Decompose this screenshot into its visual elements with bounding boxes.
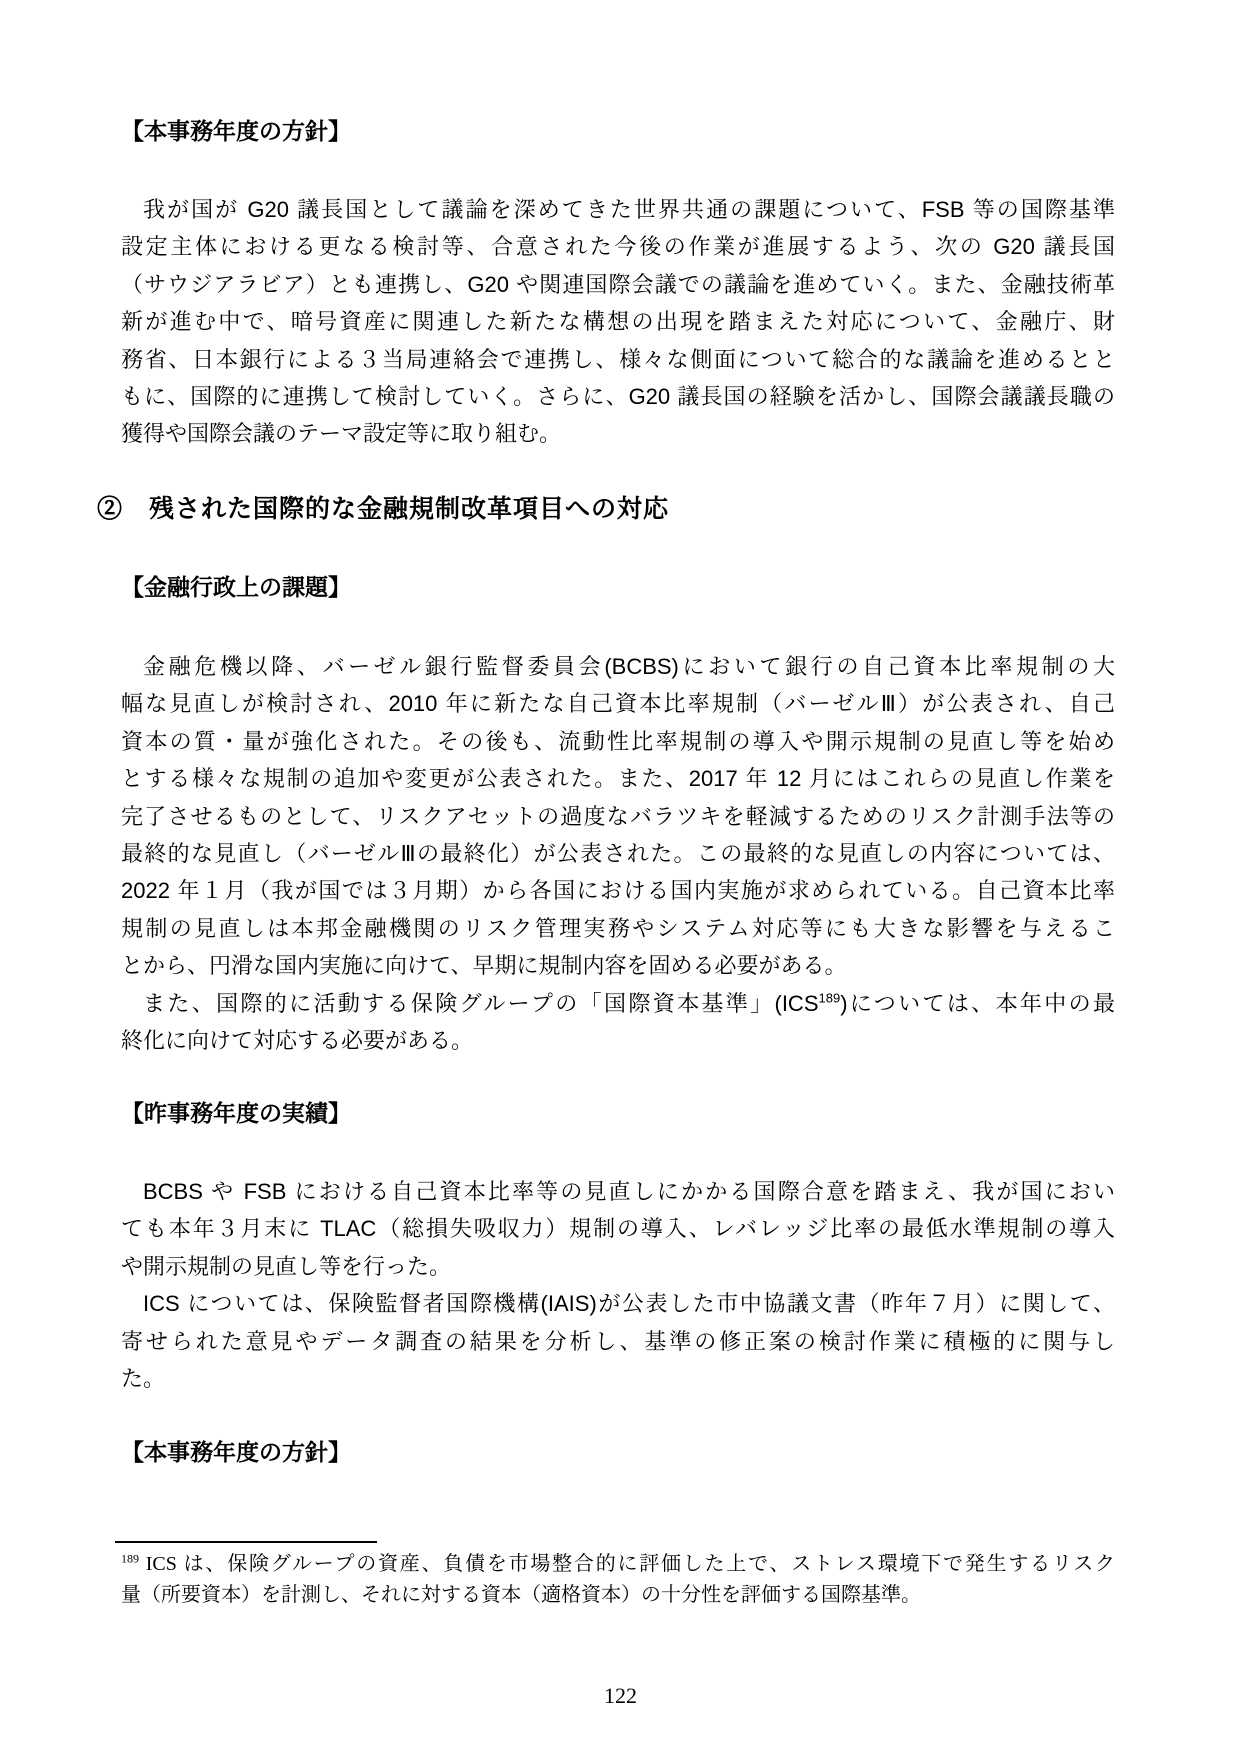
footnote-189: 189 ICS は、保険グループの資産、負債を市場整合的に評価した上で、ストレス…: [121, 1549, 1115, 1611]
text-line: 2022 年１月（我が国では３月期）から各国における国内実施が求められている。自…: [121, 872, 1115, 909]
document-content: 【本事務年度の方針】 我が国が G20 議長国として議論を深めてきた世界共通の課…: [121, 0, 1115, 1754]
text-line: とする様々な規制の追加や変更が公表された。また、2017 年 12 月にはこれら…: [121, 760, 1115, 797]
text-line: や開示規制の見直し等を行った。: [121, 1248, 1115, 1285]
text-line: ICS については、保険監督者国際機構(IAIS)が公表した市中協議文書（昨年７…: [121, 1285, 1115, 1322]
footnote-reference: 189: [819, 990, 841, 1005]
text-line: 規制の見直しは本邦金融機関のリスク管理実務やシステム対応等にも大きな影響を与える…: [121, 910, 1115, 947]
text-line: また、国際的に活動する保険グループの「国際資本基準」(ICS189)については、…: [121, 985, 1115, 1022]
paragraph-g20-policy: 我が国が G20 議長国として議論を深めてきた世界共通の課題について、FSB 等…: [121, 191, 1115, 453]
text-line: とから、円滑な国内実施に向けて、早期に規制内容を固める必要がある。: [121, 947, 1115, 984]
footnote-separator-rule: [115, 1541, 377, 1543]
heading-current-year-policy-top: 【本事務年度の方針】: [121, 116, 351, 146]
text-line: 寄せられた意見やデータ調査の結果を分析し、基準の修正案の検討作業に積極的に関与し: [121, 1323, 1115, 1360]
text-line: （サウジアラビア）とも連携し、G20 や関連国際会議での議論を進めていく。また、…: [121, 266, 1115, 303]
text-line: もに、国際的に連携して検討していく。さらに、G20 議長国の経験を活かし、国際会…: [121, 378, 1115, 415]
text-line: 我が国が G20 議長国として議論を深めてきた世界共通の課題について、FSB 等…: [121, 191, 1115, 228]
heading-previous-year-achievements: 【昨事務年度の実績】: [121, 1098, 351, 1128]
text-line: 幅な見直しが検討され、2010 年に新たな自己資本比率規制（バーゼルⅢ）が公表さ…: [121, 685, 1115, 722]
heading-financial-administration-issues: 【金融行政上の課題】: [121, 572, 351, 602]
text-line: 設定主体における更なる検討等、合意された今後の作業が進展するよう、次の G20 …: [121, 228, 1115, 265]
paragraph-basel-capital-regulation: 金融危機以降、バーゼル銀行監督委員会(BCBS)において銀行の自己資本比率規制の…: [121, 648, 1115, 1059]
text-segment: ICS は、保険グループの資産、負債を市場整合的に評価した上で、ストレス環境下で…: [139, 1553, 1115, 1575]
text-segment: また、国際的に活動する保険グループの「国際資本基準」(ICS: [143, 991, 819, 1016]
text-line: 資本の質・量が強化された。その後も、流動性比率規制の導入や開示規制の見直し等を始…: [121, 723, 1115, 760]
paragraph-achievements-body: BCBS や FSB における自己資本比率等の見直しにかかる国際合意を踏まえ、我…: [121, 1173, 1115, 1397]
text-line: 務省、日本銀行による３当局連絡会で連携し、様々な側面について総合的な議論を進める…: [121, 341, 1115, 378]
text-line: 金融危機以降、バーゼル銀行監督委員会(BCBS)において銀行の自己資本比率規制の…: [121, 648, 1115, 685]
text-line: ても本年３月末に TLAC（総損失吸収力）規制の導入、レバレッジ比率の最低水準規…: [121, 1210, 1115, 1247]
footnote-reference: 189: [121, 1551, 139, 1565]
document-page: 【本事務年度の方針】 我が国が G20 議長国として議論を深めてきた世界共通の課…: [0, 0, 1241, 1754]
heading-section-2-remaining-reform-items: ② 残された国際的な金融規制改革項目への対応: [97, 492, 669, 526]
text-line: 新が進む中で、暗号資産に関連した新たな構想の出現を踏まえた対応について、金融庁、…: [121, 303, 1115, 340]
text-line: 完了させるものとして、リスクアセットの過度なバラツキを軽減するためのリスク計測手…: [121, 798, 1115, 835]
page-number: 122: [0, 1682, 1241, 1710]
text-line: た。: [121, 1360, 1115, 1397]
heading-current-year-policy-bottom: 【本事務年度の方針】: [121, 1437, 351, 1467]
text-line: 終化に向けて対応する必要がある。: [121, 1022, 1115, 1059]
text-segment: )については、本年中の最: [840, 991, 1115, 1016]
text-line: 189 ICS は、保険グループの資産、負債を市場整合的に評価した上で、ストレス…: [121, 1549, 1115, 1580]
text-line: 最終的な見直し（バーゼルⅢの最終化）が公表された。この最終的な見直しの内容につい…: [121, 835, 1115, 872]
text-line: 量（所要資本）を計測し、それに対する資本（適格資本）の十分性を評価する国際基準。: [121, 1580, 1115, 1611]
text-line: 獲得や国際会議のテーマ設定等に取り組む。: [121, 415, 1115, 452]
text-line: BCBS や FSB における自己資本比率等の見直しにかかる国際合意を踏まえ、我…: [121, 1173, 1115, 1210]
